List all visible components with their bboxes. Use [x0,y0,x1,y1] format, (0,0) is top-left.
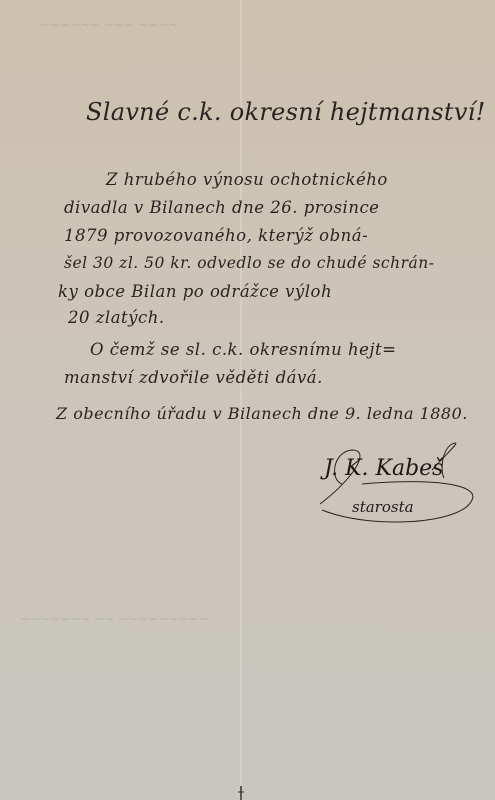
body-line: O čemž se sl. c.k. okresnímu hejt= [90,340,396,359]
signature-block: J. K. Kabeš starosta [312,440,482,525]
document-page: ~~~~~~ ~~~ ~~~~ ~~~~~~~ ~~ ~~~~~~~~~ Sla… [0,0,495,800]
letter-heading: Slavné c.k. okresní hejtmanství! [86,98,486,126]
bleed-through-text: ~~~~~~~ ~~ ~~~~~~~~~ [20,612,209,626]
body-line: manství zdvořile věděti dává. [64,368,323,387]
bleed-through-text: ~~~~~~ ~~~ ~~~~ [40,18,178,32]
body-line: 1879 provozovaného, kterýž obná- [64,226,368,245]
body-line: 20 zlatých. [68,308,165,327]
body-line: ky obce Bilan po odrážce výloh [58,282,332,301]
signature-name: J. K. Kabeš [324,456,443,481]
body-line: šel 30 zl. 50 kr. odvedlo se do chudé sc… [64,254,434,272]
body-line: Z hrubého výnosu ochotnického [106,170,388,189]
place-date-line: Z obecního úřadu v Bilanech dne 9. ledna… [56,404,468,423]
binding-mark-icon [238,786,244,800]
signature-role: starosta [352,498,414,516]
body-line: divadla v Bilanech dne 26. prosince [64,198,379,217]
